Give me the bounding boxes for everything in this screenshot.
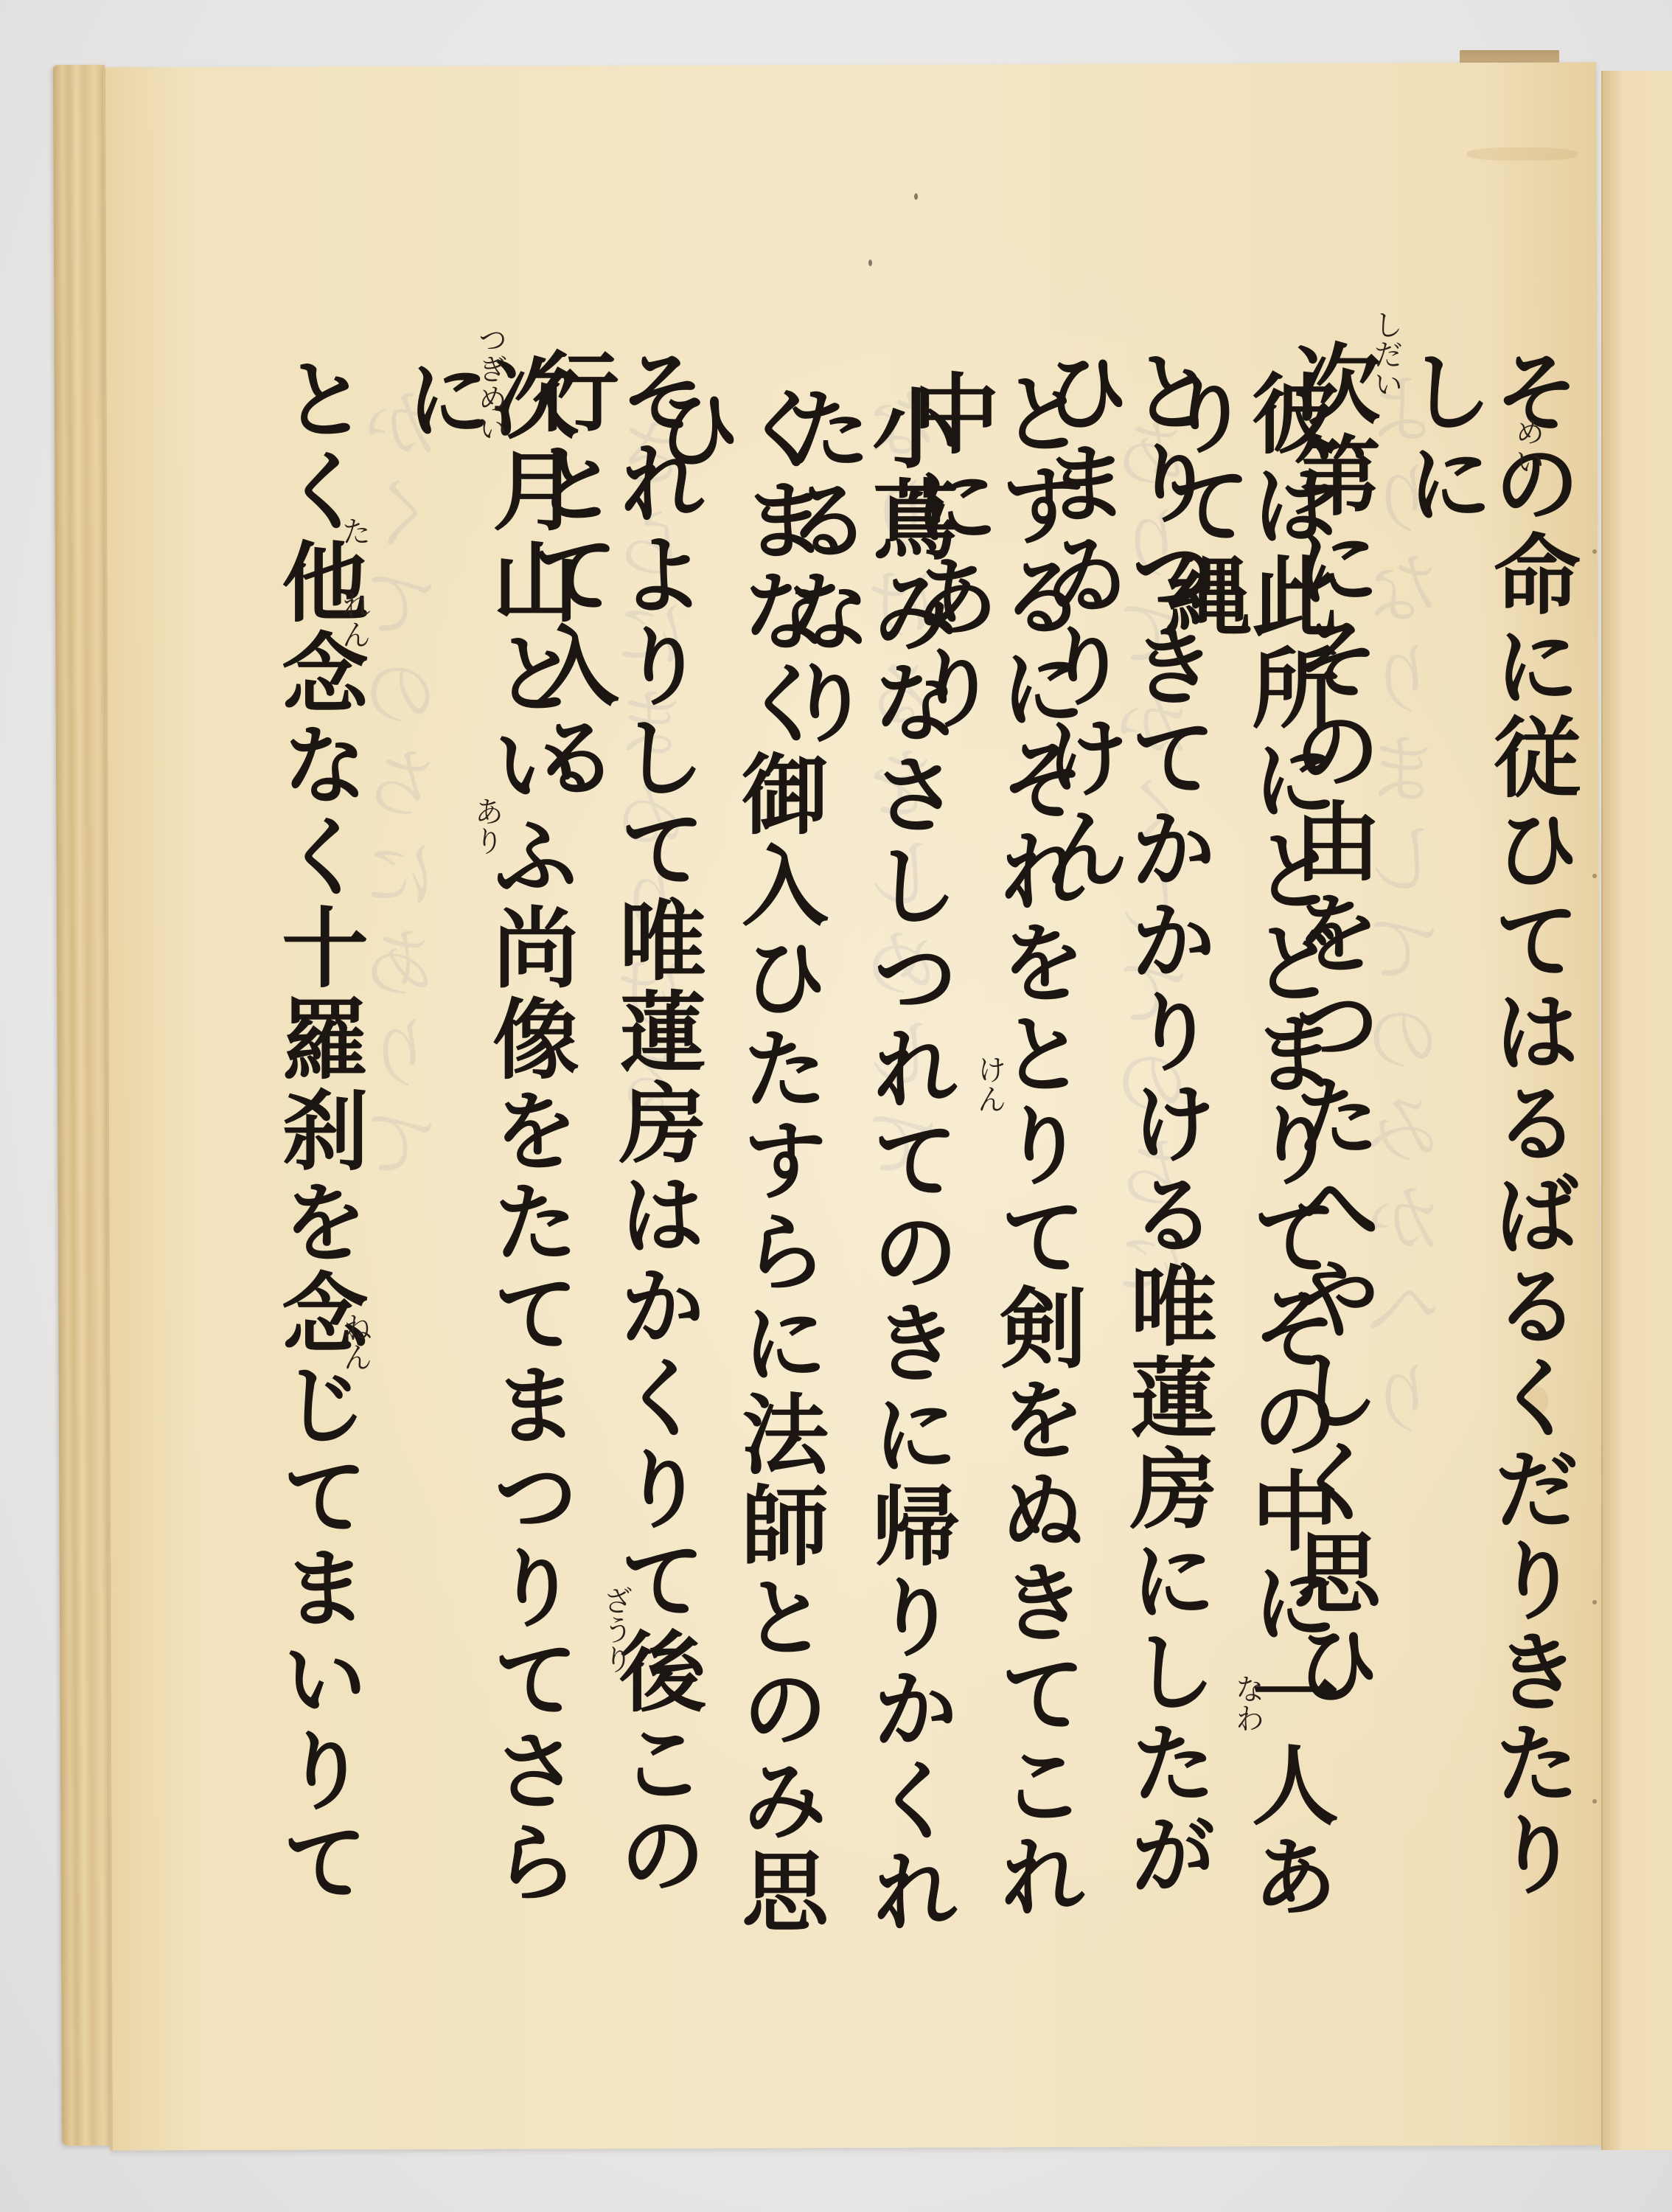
- ink-speck: [868, 260, 872, 266]
- furigana-ren: れん: [339, 590, 369, 649]
- furigana-ari: あり: [472, 796, 501, 855]
- paper-stain: [1467, 147, 1578, 161]
- furigana-zauri: ざうり: [601, 1585, 630, 1674]
- furigana-tsugimei: つぎめい: [476, 324, 505, 442]
- furigana-shidai: しだい: [1371, 310, 1401, 398]
- ink-speck: [914, 193, 918, 200]
- furigana-nen: ねん: [341, 1312, 370, 1371]
- furigana-mei: めい: [1513, 417, 1542, 476]
- furigana-ta: た: [339, 516, 369, 546]
- binding-hole: [1592, 1799, 1597, 1804]
- furigana-nawa: なわ: [1233, 1674, 1262, 1733]
- binding-hole: [1592, 874, 1597, 878]
- binding-hole: [1592, 1600, 1597, 1604]
- binding-hole: [1592, 549, 1597, 554]
- furigana-ken: けん: [975, 1054, 1004, 1113]
- text-column-1: その命に従ひてはるばるくだりきたりしに: [1399, 347, 1573, 1917]
- facing-page: [1601, 71, 1672, 2150]
- text-column-9: 次月山といふ尚像をたてまつりてさらに: [398, 354, 572, 1924]
